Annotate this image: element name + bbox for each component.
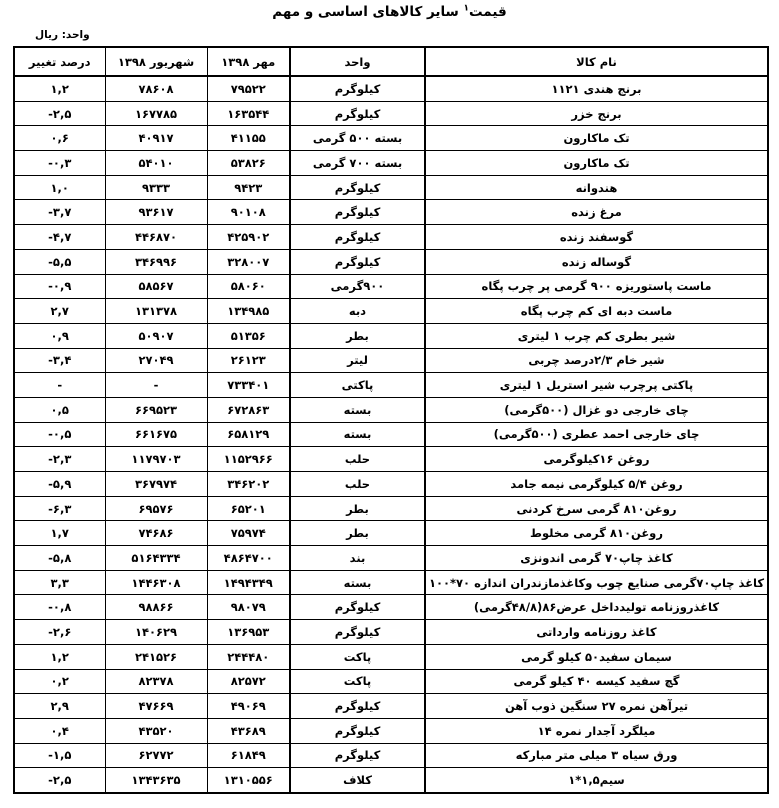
cell-shahrivar-price: ۷۴۶۸۶ (105, 521, 207, 546)
cell-percent-change: -۲,۵ (14, 101, 105, 126)
table-row: میلگرد آجدار نمره ۱۴ کیلوگرم ۴۳۶۸۹ ۴۳۵۲۰… (14, 718, 768, 743)
cell-shahrivar-price: ۶۹۵۷۶ (105, 496, 207, 521)
cell-product-name: کاغذروزنامه تولیدداخل عرض۸۶(۴۸/۸گرمی) (425, 595, 768, 620)
table-row: مرغ زنده کیلوگرم ۹۰۱۰۸ ۹۳۶۱۷ -۳,۷ (14, 200, 768, 225)
cell-unit: کیلوگرم (290, 76, 425, 101)
cell-product-name: برنج خزر (425, 101, 768, 126)
cell-unit: کیلوگرم (290, 249, 425, 274)
cell-product-name: تیرآهن نمره ۲۷ سنگین ذوب آهن (425, 694, 768, 719)
cell-mehr-price: ۱۳۴۹۸۵ (207, 299, 290, 324)
cell-product-name: کاغذ روزنامه وارداتی (425, 620, 768, 645)
cell-mehr-price: ۴۸۶۴۷۰۰ (207, 546, 290, 571)
header-unit: واحد (290, 47, 425, 76)
table-row: برنج خزر کیلوگرم ۱۶۳۵۴۴ ۱۶۷۷۸۵ -۲,۵ (14, 101, 768, 126)
table-row: کاغذ روزنامه وارداتی کیلوگرم ۱۳۶۹۵۳ ۱۴۰۶… (14, 620, 768, 645)
cell-percent-change: -۶,۳ (14, 496, 105, 521)
cell-unit: بطر (290, 521, 425, 546)
cell-shahrivar-price: ۶۶۱۶۷۵ (105, 422, 207, 447)
cell-unit: ۹۰۰گرمی (290, 274, 425, 299)
cell-product-name: ورق سیاه ۳ میلی متر مبارکه (425, 743, 768, 768)
cell-product-name: چای خارجی احمد عطری (۵۰۰گرمی) (425, 422, 768, 447)
cell-product-name: روغن ۱۶کیلوگرمی (425, 447, 768, 472)
cell-percent-change: -۰,۸ (14, 595, 105, 620)
cell-unit: پاکت (290, 644, 425, 669)
cell-mehr-price: ۴۲۵۹۰۲ (207, 225, 290, 250)
cell-unit: کیلوگرم (290, 620, 425, 645)
header-product-name: نام کالا (425, 47, 768, 76)
table-row: روغن۸۱۰ گرمی مخلوط بطر ۷۵۹۷۴ ۷۴۶۸۶ ۱,۷ (14, 521, 768, 546)
cell-percent-change: -۰,۳ (14, 151, 105, 176)
cell-product-name: روغن ۵/۴ کیلوگرمی نیمه جامد (425, 472, 768, 497)
cell-product-name: سیم۱,۵*۱ (425, 768, 768, 793)
table-body: برنج هندی ۱۱۲۱ کیلوگرم ۷۹۵۲۲ ۷۸۶۰۸ ۱,۲ ب… (14, 76, 768, 793)
cell-mehr-price: ۴۹۰۶۹ (207, 694, 290, 719)
cell-mehr-price: ۹۴۲۳ (207, 175, 290, 200)
cell-percent-change: ۰,۹ (14, 323, 105, 348)
cell-product-name: تک ماکارون (425, 151, 768, 176)
table-row: تک ماکارون بسته ۵۰۰ گرمی ۴۱۱۵۵ ۴۰۹۱۷ ۰,۶ (14, 126, 768, 151)
cell-mehr-price: ۹۰۱۰۸ (207, 200, 290, 225)
cell-shahrivar-price: ۱۳۱۳۷۸ (105, 299, 207, 324)
cell-mehr-price: ۴۱۱۵۵ (207, 126, 290, 151)
header-shahrivar-1398: شهریور ۱۳۹۸ (105, 47, 207, 76)
cell-percent-change: ۰,۵ (14, 397, 105, 422)
cell-percent-change: ۲,۷ (14, 299, 105, 324)
cell-mehr-price: ۱۳۶۹۵۳ (207, 620, 290, 645)
cell-unit: کیلوگرم (290, 225, 425, 250)
table-header: نام کالا واحد مهر ۱۳۹۸ شهریور ۱۳۹۸ درصد … (14, 47, 768, 76)
cell-unit: لیتر (290, 348, 425, 373)
cell-percent-change: ۲,۹ (14, 694, 105, 719)
cell-shahrivar-price: ۶۶۹۵۲۳ (105, 397, 207, 422)
table-row: گچ سفید کیسه ۴۰ کیلو گرمی پاکت ۸۲۵۷۲ ۸۲۳… (14, 669, 768, 694)
table-row: تیرآهن نمره ۲۷ سنگین ذوب آهن کیلوگرم ۴۹۰… (14, 694, 768, 719)
cell-shahrivar-price: ۹۳۳۳ (105, 175, 207, 200)
cell-product-name: گوساله زنده (425, 249, 768, 274)
cell-mehr-price: ۶۱۸۴۹ (207, 743, 290, 768)
table-row: ماست پاستوریزه ۹۰۰ گرمی پر چرب پگاه ۹۰۰گ… (14, 274, 768, 299)
table-row: ورق سیاه ۳ میلی متر مبارکه کیلوگرم ۶۱۸۴۹… (14, 743, 768, 768)
cell-percent-change: -۳,۴ (14, 348, 105, 373)
cell-unit: کیلوگرم (290, 175, 425, 200)
table-row: گوساله زنده کیلوگرم ۳۲۸۰۰۷ ۳۴۶۹۹۶ -۵,۵ (14, 249, 768, 274)
cell-mehr-price: ۵۳۸۲۶ (207, 151, 290, 176)
cell-percent-change: ۱,۲ (14, 76, 105, 101)
cell-percent-change: ۰,۲ (14, 669, 105, 694)
cell-mehr-price: ۱۴۹۴۳۴۹ (207, 570, 290, 595)
cell-unit: کیلوگرم (290, 718, 425, 743)
cell-unit: بسته (290, 397, 425, 422)
table-row: برنج هندی ۱۱۲۱ کیلوگرم ۷۹۵۲۲ ۷۸۶۰۸ ۱,۲ (14, 76, 768, 101)
cell-percent-change: ۰,۴ (14, 718, 105, 743)
cell-shahrivar-price: ۴۰۹۱۷ (105, 126, 207, 151)
cell-percent-change: -۲,۶ (14, 620, 105, 645)
cell-unit: بطر (290, 323, 425, 348)
header-row: نام کالا واحد مهر ۱۳۹۸ شهریور ۱۳۹۸ درصد … (14, 47, 768, 76)
price-table: نام کالا واحد مهر ۱۳۹۸ شهریور ۱۳۹۸ درصد … (13, 46, 769, 794)
currency-unit-note: واحد: ریال (35, 29, 90, 41)
table-row: روغن ۵/۴ کیلوگرمی نیمه جامد حلب ۳۴۶۲۰۲ ۳… (14, 472, 768, 497)
cell-shahrivar-price: ۹۸۸۶۶ (105, 595, 207, 620)
cell-shahrivar-price: ۴۳۵۲۰ (105, 718, 207, 743)
table-row: پاکتی پرچرب شیر استریل ۱ لیتری پاکتی ۷۳۳… (14, 373, 768, 398)
cell-shahrivar-price: ۳۴۶۹۹۶ (105, 249, 207, 274)
cell-unit: بسته ۷۰۰ گرمی (290, 151, 425, 176)
cell-unit: کیلوگرم (290, 200, 425, 225)
header-mehr-1398: مهر ۱۳۹۸ (207, 47, 290, 76)
table-row: چای خارجی احمد عطری (۵۰۰گرمی) بسته ۶۵۸۱۲… (14, 422, 768, 447)
cell-unit: بسته (290, 422, 425, 447)
cell-product-name: روغن۸۱۰ گرمی مخلوط (425, 521, 768, 546)
table-row: سیم۱,۵*۱ کلاف ۱۳۱۰۵۵۶ ۱۳۴۳۶۳۵ -۲,۵ (14, 768, 768, 793)
cell-shahrivar-price: ۶۲۷۷۲ (105, 743, 207, 768)
table-row: گوسفند زنده کیلوگرم ۴۲۵۹۰۲ ۴۴۶۸۷۰ -۴,۷ (14, 225, 768, 250)
cell-mehr-price: ۱۶۳۵۴۴ (207, 101, 290, 126)
cell-unit: پاکتی (290, 373, 425, 398)
cell-mehr-price: ۴۳۶۸۹ (207, 718, 290, 743)
cell-product-name: شیر بطری کم چرب ۱ لیتری (425, 323, 768, 348)
cell-mehr-price: ۷۳۳۴۰۱ (207, 373, 290, 398)
table-row: کاغذ چاپ۷۰گرمی صنایع چوب وکاغذمازندران ا… (14, 570, 768, 595)
cell-product-name: کاغذ چاپ۷۰گرمی صنایع چوب وکاغذمازندران ا… (425, 570, 768, 595)
cell-shahrivar-price: ۱۴۰۶۲۹ (105, 620, 207, 645)
cell-percent-change: -۵,۹ (14, 472, 105, 497)
cell-mehr-price: ۷۹۵۲۲ (207, 76, 290, 101)
cell-percent-change: -۲,۵ (14, 768, 105, 793)
cell-mehr-price: ۱۱۵۲۹۶۶ (207, 447, 290, 472)
cell-shahrivar-price: ۱۶۷۷۸۵ (105, 101, 207, 126)
cell-percent-change: ۰,۶ (14, 126, 105, 151)
cell-shahrivar-price: ۵۰۹۰۷ (105, 323, 207, 348)
cell-shahrivar-price: ۷۸۶۰۸ (105, 76, 207, 101)
cell-product-name: کاغذ چاپ۷۰ گرمی اندونزی (425, 546, 768, 571)
cell-product-name: سیمان سفید۵۰ کیلو گرمی (425, 644, 768, 669)
cell-percent-change: -۲,۳ (14, 447, 105, 472)
cell-unit: حلب (290, 447, 425, 472)
cell-unit: کیلوگرم (290, 595, 425, 620)
cell-shahrivar-price: ۴۴۶۸۷۰ (105, 225, 207, 250)
cell-unit: کیلوگرم (290, 101, 425, 126)
cell-percent-change: -۳,۷ (14, 200, 105, 225)
cell-mehr-price: ۸۲۵۷۲ (207, 669, 290, 694)
cell-unit: بسته ۵۰۰ گرمی (290, 126, 425, 151)
cell-shahrivar-price: ۲۴۱۵۲۶ (105, 644, 207, 669)
cell-mehr-price: ۲۶۱۲۳ (207, 348, 290, 373)
cell-shahrivar-price: ۱۴۴۶۳۰۸ (105, 570, 207, 595)
cell-shahrivar-price: ۴۷۶۶۹ (105, 694, 207, 719)
table-row: ماست دبه ای کم چرب پگاه دبه ۱۳۴۹۸۵ ۱۳۱۳۷… (14, 299, 768, 324)
cell-product-name: ماست پاستوریزه ۹۰۰ گرمی پر چرب پگاه (425, 274, 768, 299)
table-row: سیمان سفید۵۰ کیلو گرمی پاکت ۲۴۴۴۸۰ ۲۴۱۵۲… (14, 644, 768, 669)
cell-product-name: شیر خام ۲/۳درصد چربی (425, 348, 768, 373)
cell-mehr-price: ۵۸۰۶۰ (207, 274, 290, 299)
cell-unit: بند (290, 546, 425, 571)
cell-percent-change: ۱,۲ (14, 644, 105, 669)
cell-product-name: هندوانه (425, 175, 768, 200)
cell-product-name: چای خارجی دو غزال (۵۰۰گرمی) (425, 397, 768, 422)
cell-unit: کیلوگرم (290, 694, 425, 719)
cell-product-name: برنج هندی ۱۱۲۱ (425, 76, 768, 101)
cell-percent-change: ۱,۷ (14, 521, 105, 546)
cell-shahrivar-price: ۵۴۰۱۰ (105, 151, 207, 176)
cell-mehr-price: ۳۴۶۲۰۲ (207, 472, 290, 497)
cell-unit: دبه (290, 299, 425, 324)
cell-product-name: تک ماکارون (425, 126, 768, 151)
cell-percent-change: - (14, 373, 105, 398)
cell-percent-change: ۳,۳ (14, 570, 105, 595)
cell-unit: کیلوگرم (290, 743, 425, 768)
cell-product-name: میلگرد آجدار نمره ۱۴ (425, 718, 768, 743)
cell-percent-change: -۵,۸ (14, 546, 105, 571)
header-percent-change: درصد تغییر (14, 47, 105, 76)
cell-unit: پاکت (290, 669, 425, 694)
table-row: روغن ۱۶کیلوگرمی حلب ۱۱۵۲۹۶۶ ۱۱۷۹۷۰۳ -۲,۳ (14, 447, 768, 472)
table-row: شیر خام ۲/۳درصد چربی لیتر ۲۶۱۲۳ ۲۷۰۴۹ -۳… (14, 348, 768, 373)
cell-percent-change: -۰,۵ (14, 422, 105, 447)
cell-shahrivar-price: ۵۸۵۶۷ (105, 274, 207, 299)
table-row: کاغذروزنامه تولیدداخل عرض۸۶(۴۸/۸گرمی) کی… (14, 595, 768, 620)
cell-unit: بسته (290, 570, 425, 595)
cell-product-name: پاکتی پرچرب شیر استریل ۱ لیتری (425, 373, 768, 398)
table-row: کاغذ چاپ۷۰ گرمی اندونزی بند ۴۸۶۴۷۰۰ ۵۱۶۴… (14, 546, 768, 571)
page-title: قیمت۱ سایر کالاهای اساسی و مهم (0, 4, 779, 20)
cell-unit: کلاف (290, 768, 425, 793)
cell-shahrivar-price: ۳۶۷۹۷۴ (105, 472, 207, 497)
cell-mehr-price: ۶۷۲۸۶۳ (207, 397, 290, 422)
cell-shahrivar-price: ۲۷۰۴۹ (105, 348, 207, 373)
cell-product-name: گوسفند زنده (425, 225, 768, 250)
table-row: چای خارجی دو غزال (۵۰۰گرمی) بسته ۶۷۲۸۶۳ … (14, 397, 768, 422)
cell-mehr-price: ۶۵۲۰۱ (207, 496, 290, 521)
cell-shahrivar-price: ۵۱۶۴۳۳۴ (105, 546, 207, 571)
cell-unit: حلب (290, 472, 425, 497)
cell-mehr-price: ۵۱۳۵۶ (207, 323, 290, 348)
cell-percent-change: -۴,۷ (14, 225, 105, 250)
cell-shahrivar-price: ۸۲۳۷۸ (105, 669, 207, 694)
cell-percent-change: ۱,۰ (14, 175, 105, 200)
cell-shahrivar-price: - (105, 373, 207, 398)
cell-shahrivar-price: ۱۱۷۹۷۰۳ (105, 447, 207, 472)
cell-mehr-price: ۷۵۹۷۴ (207, 521, 290, 546)
cell-product-name: گچ سفید کیسه ۴۰ کیلو گرمی (425, 669, 768, 694)
cell-product-name: روغن۸۱۰ گرمی سرخ کردنی (425, 496, 768, 521)
cell-mehr-price: ۱۳۱۰۵۵۶ (207, 768, 290, 793)
cell-mehr-price: ۶۵۸۱۲۹ (207, 422, 290, 447)
table-row: روغن۸۱۰ گرمی سرخ کردنی بطر ۶۵۲۰۱ ۶۹۵۷۶ -… (14, 496, 768, 521)
title-main: قیمت (469, 4, 507, 20)
cell-shahrivar-price: ۹۳۶۱۷ (105, 200, 207, 225)
title-rest: سایر کالاهای اساسی و مهم (272, 4, 459, 20)
cell-mehr-price: ۹۸۰۷۹ (207, 595, 290, 620)
cell-shahrivar-price: ۱۳۴۳۶۳۵ (105, 768, 207, 793)
table-row: تک ماکارون بسته ۷۰۰ گرمی ۵۳۸۲۶ ۵۴۰۱۰ -۰,… (14, 151, 768, 176)
cell-percent-change: -۰,۹ (14, 274, 105, 299)
table-row: شیر بطری کم چرب ۱ لیتری بطر ۵۱۳۵۶ ۵۰۹۰۷ … (14, 323, 768, 348)
cell-unit: بطر (290, 496, 425, 521)
table-row: هندوانه کیلوگرم ۹۴۲۳ ۹۳۳۳ ۱,۰ (14, 175, 768, 200)
cell-percent-change: -۵,۵ (14, 249, 105, 274)
cell-mehr-price: ۲۴۴۴۸۰ (207, 644, 290, 669)
cell-product-name: ماست دبه ای کم چرب پگاه (425, 299, 768, 324)
cell-percent-change: -۱,۵ (14, 743, 105, 768)
cell-product-name: مرغ زنده (425, 200, 768, 225)
cell-mehr-price: ۳۲۸۰۰۷ (207, 249, 290, 274)
